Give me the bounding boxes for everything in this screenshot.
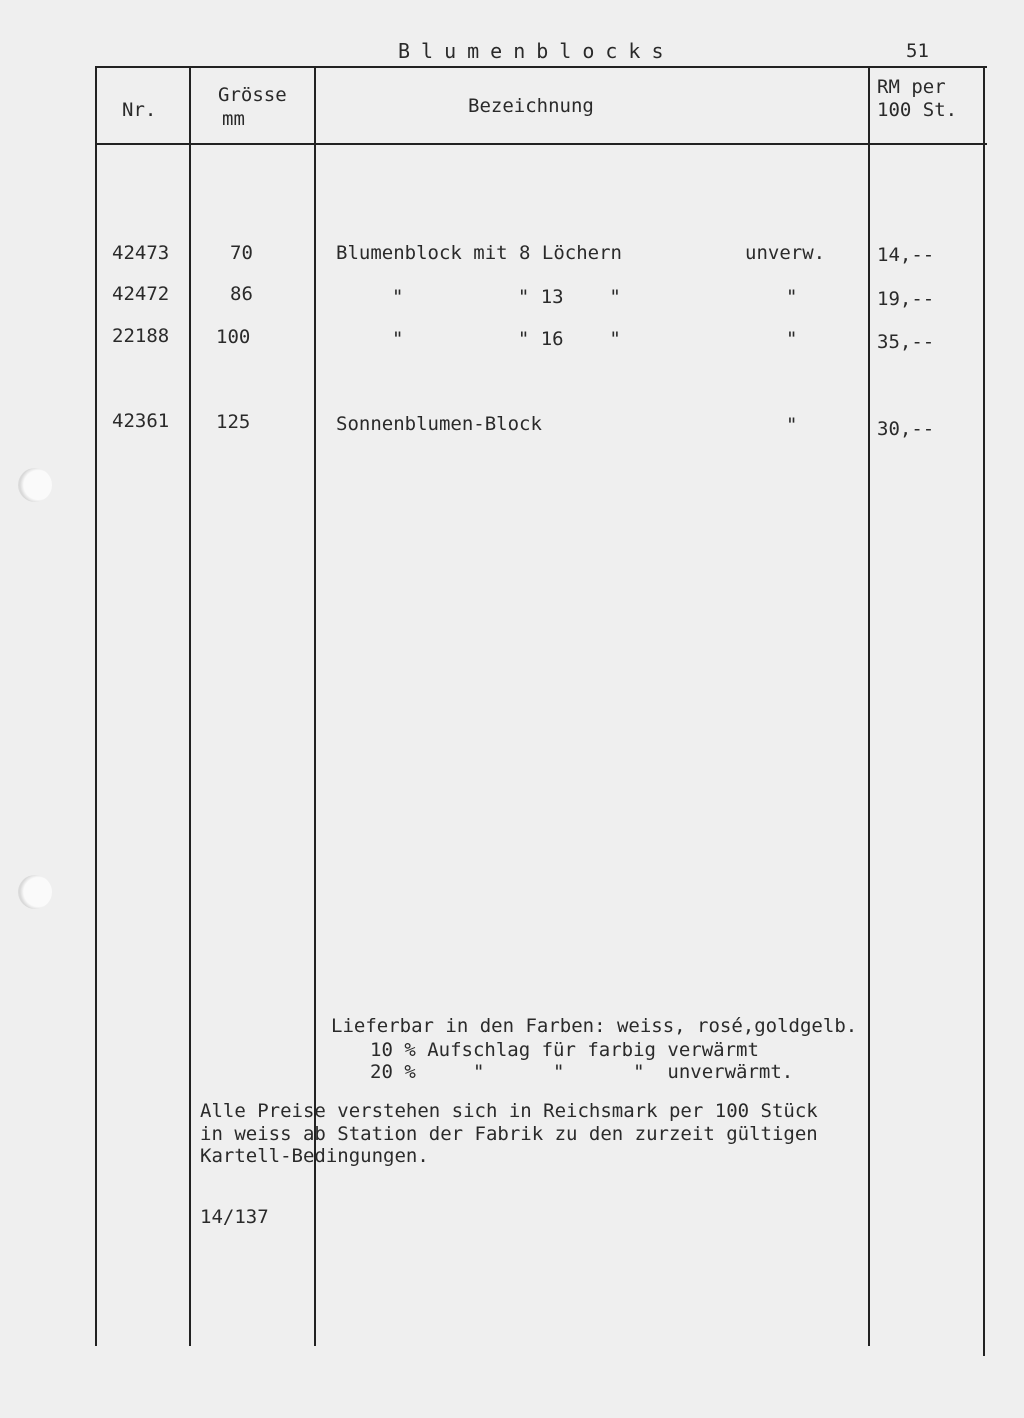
surcharge-note-1: 10 % Aufschlag für farbig verwärmt (370, 1039, 759, 1061)
reference-number: 14/137 (200, 1206, 269, 1228)
row-nr: 42473 (112, 242, 169, 264)
table-right-border (983, 66, 985, 1356)
col-divider-nr (189, 66, 191, 1346)
row-name: " " 16 " (392, 328, 621, 350)
row-nr: 42361 (112, 410, 169, 432)
row-nr: 22188 (112, 325, 169, 347)
row-price: 30,-- (877, 418, 934, 440)
row-price: 19,-- (877, 288, 934, 310)
col-divider-name (868, 66, 870, 1346)
row-size: 70 (230, 242, 253, 264)
surcharge-note-2: 20 % " " " unverwärmt. (370, 1061, 793, 1083)
header-price-unit: 100 St. (877, 99, 957, 121)
page-title: Blumenblocks (398, 40, 675, 62)
table-left-border (95, 66, 97, 1346)
row-size: 86 (230, 283, 253, 305)
row-finish: " (786, 414, 797, 436)
row-name: " " 13 " (392, 286, 621, 308)
header-size-unit: mm (222, 108, 245, 130)
punch-hole-bottom (18, 875, 52, 909)
colors-note: Lieferbar in den Farben: weiss, rosé,gol… (331, 1015, 857, 1037)
row-size: 125 (216, 411, 250, 433)
row-finish: " (786, 286, 797, 308)
header-price: RM per (877, 76, 946, 98)
price-terms-line-1: Alle Preise verstehen sich in Reichsmark… (200, 1100, 818, 1122)
price-terms-line-3: Kartell-Bedingungen. (200, 1145, 429, 1167)
row-finish: unverw. (745, 242, 825, 264)
row-finish: " (786, 328, 797, 350)
price-terms-line-2: in weiss ab Station der Fabrik zu den zu… (200, 1123, 818, 1145)
header-nr: Nr. (122, 99, 156, 121)
page-number: 51 (906, 40, 929, 62)
row-price: 35,-- (877, 331, 934, 353)
punch-hole-top (18, 468, 52, 502)
row-name: Sonnenblumen-Block (336, 413, 542, 435)
header-description: Bezeichnung (468, 95, 594, 117)
header-bottom-border (95, 143, 987, 145)
row-nr: 42472 (112, 283, 169, 305)
header-size: Grösse (218, 84, 287, 106)
table-top-border (95, 66, 987, 68)
row-price: 14,-- (877, 244, 934, 266)
row-name: Blumenblock mit 8 Löchern (336, 242, 622, 264)
row-size: 100 (216, 326, 250, 348)
